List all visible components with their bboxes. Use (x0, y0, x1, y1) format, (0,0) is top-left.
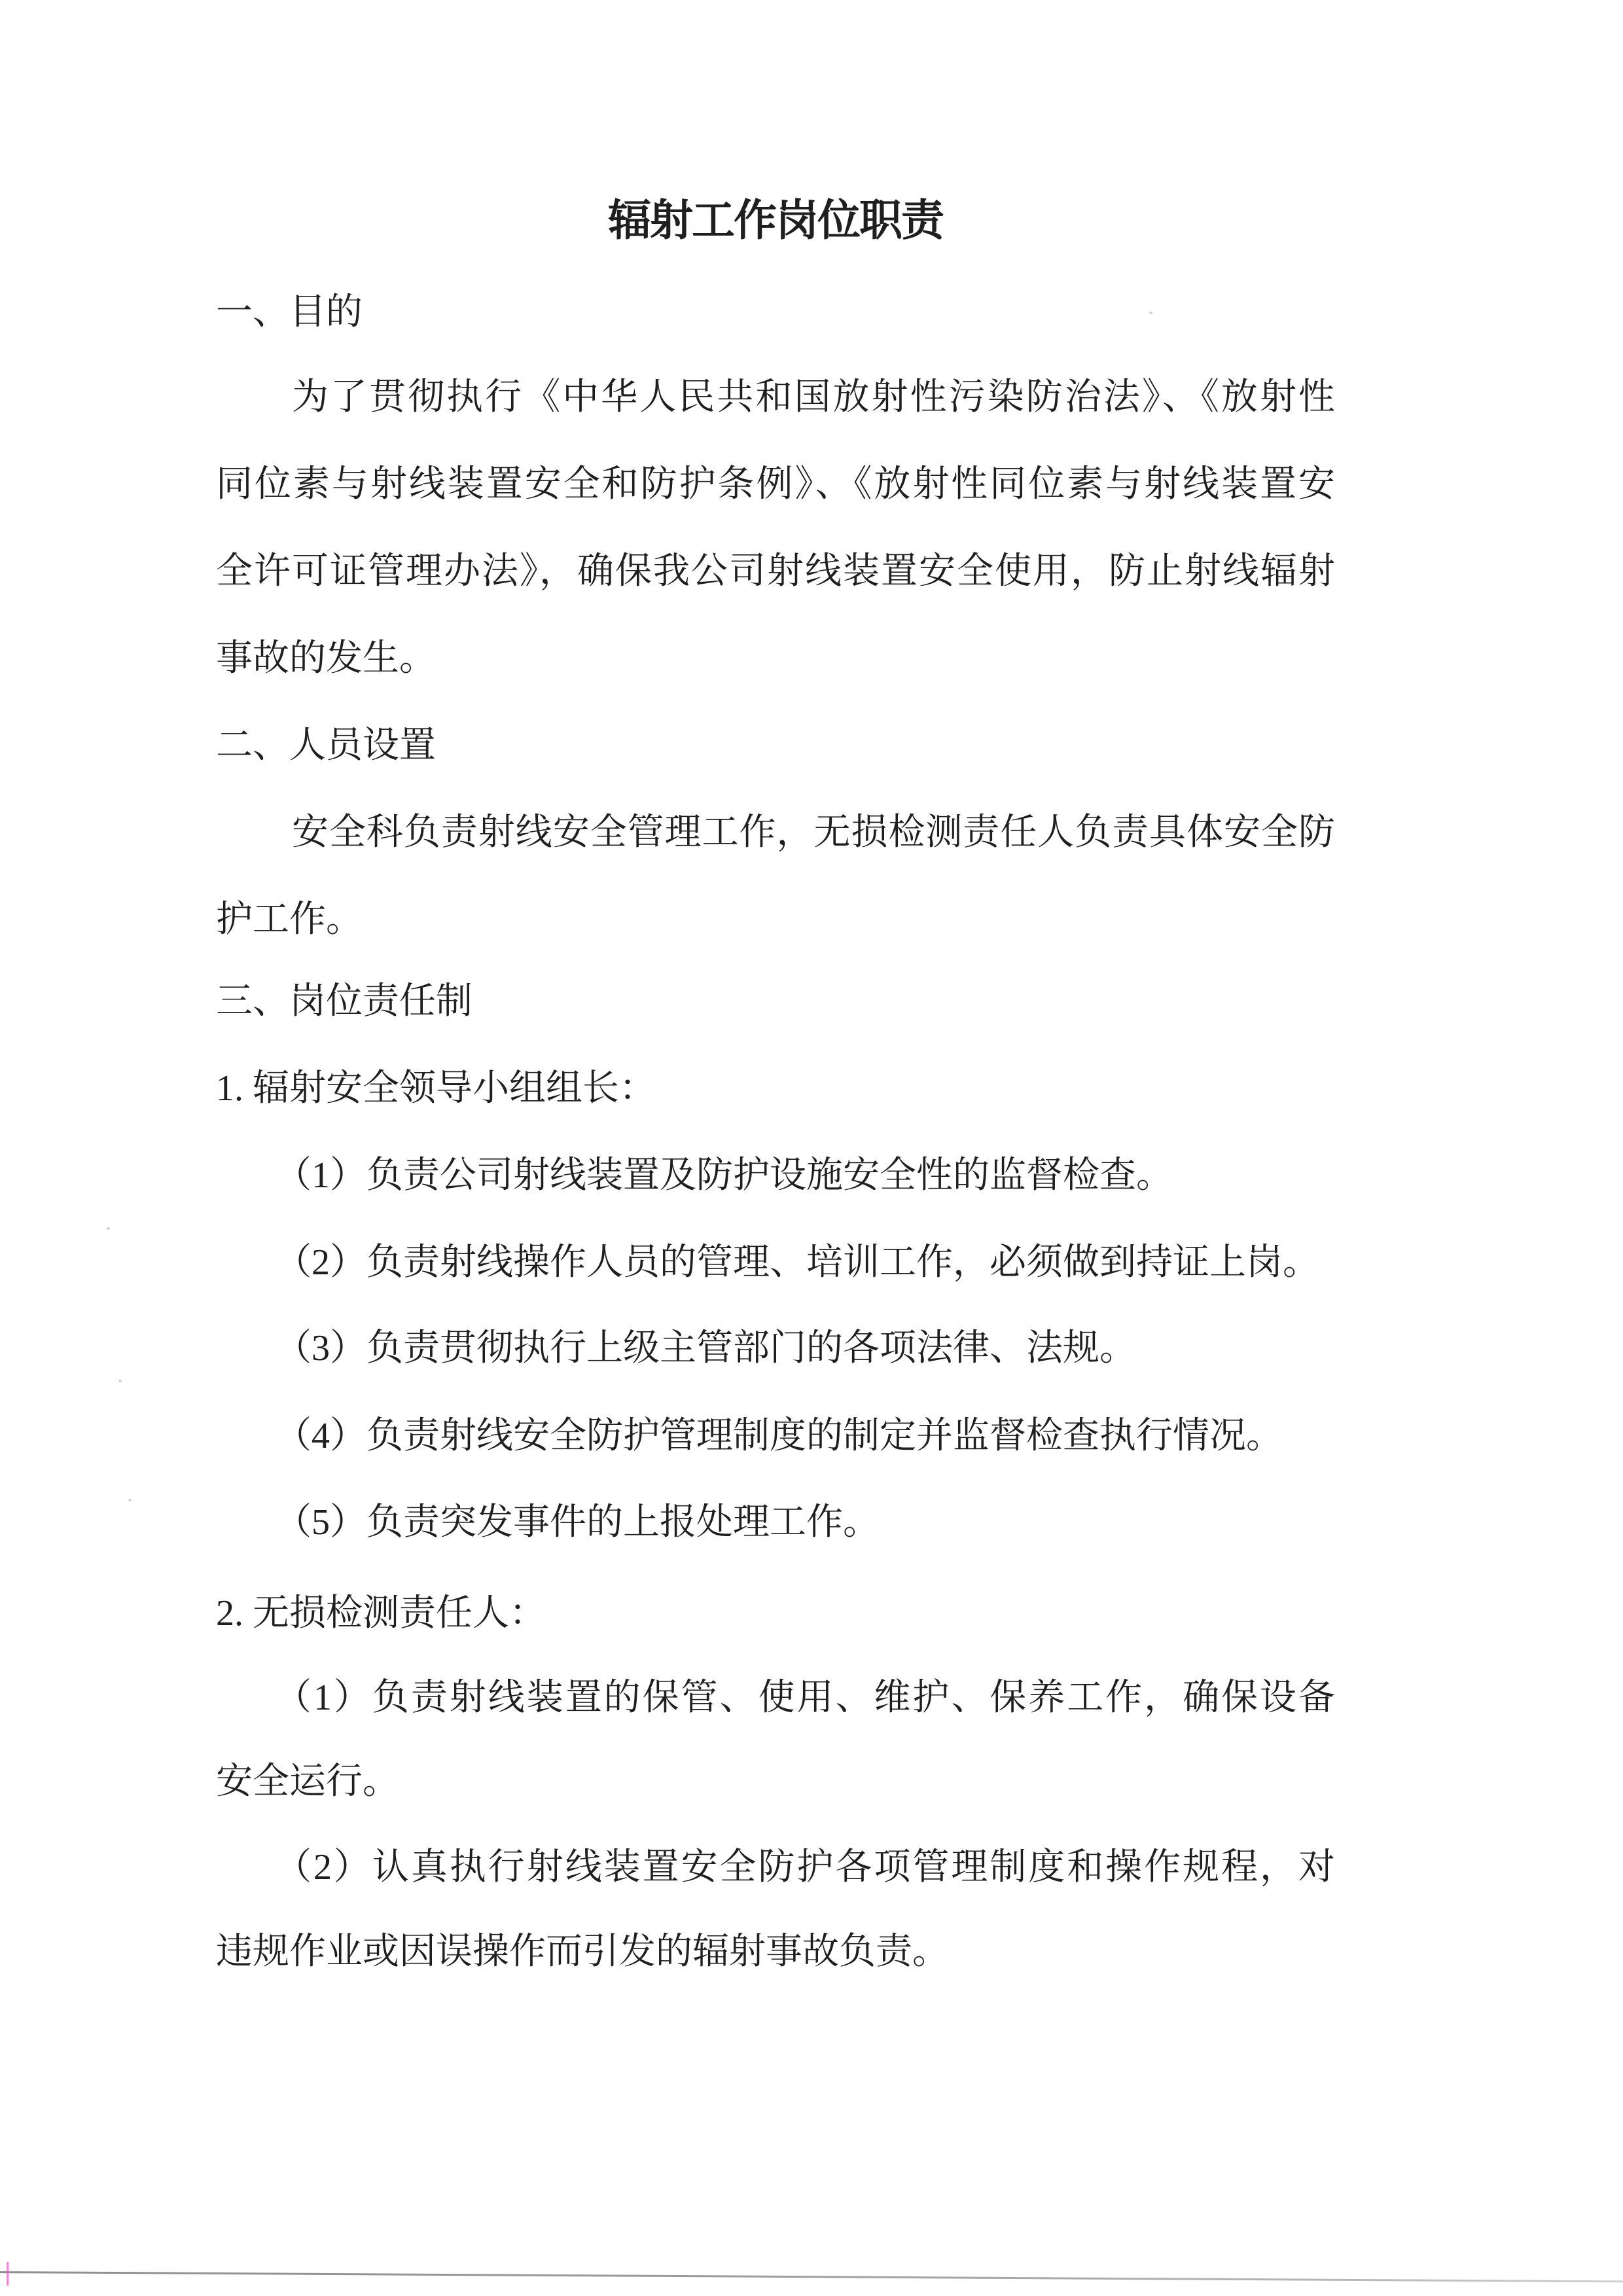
doc-line-heading-3: 三、岗位责任制 (216, 980, 1335, 1024)
doc-line: 为了贯彻执行《中华人民共和国放射性污染防治法》、《放射性 (216, 376, 1335, 420)
doc-line-item-2: 2. 无损检测责任人： (216, 1592, 1335, 1636)
scan-speck (107, 1227, 110, 1230)
doc-line: 全许可证管理办法》，确保我公司射线装置安全使用，防止射线辐射 (216, 550, 1335, 594)
doc-line-subitem: （2）负责射线操作人员的管理、培训工作，必须做到持证上岗。 (216, 1241, 1335, 1285)
doc-line-subitem: （3）负责贯彻执行上级主管部门的各项法律、法规。 (216, 1327, 1335, 1371)
doc-line: 安全科负责射线安全管理工作，无损检测责任人负责具体安全防 (216, 811, 1335, 855)
doc-line-heading-2: 二、人员设置 (216, 724, 1335, 768)
scan-speck (1149, 312, 1152, 314)
doc-line-subitem: （1）负责射线装置的保管、使用、维护、保养工作，确保设备 (216, 1676, 1335, 1720)
scan-artifact-pink-tick (7, 2262, 9, 2286)
doc-line-subitem: （4）负责射线安全防护管理制度的制定并监督检查执行情况。 (216, 1414, 1335, 1458)
doc-line-item-1: 1. 辐射安全领导小组组长： (216, 1067, 1335, 1111)
doc-line: 护工作。 (216, 898, 1335, 942)
page-title: 辐射工作岗位职责 (216, 196, 1335, 246)
doc-line-heading-1: 一、目的 (216, 291, 1335, 334)
doc-line: 安全运行。 (216, 1760, 1335, 1804)
scan-speck (128, 1499, 132, 1501)
doc-line: 违规作业或因误操作而引发的辐射事故负责。 (216, 1930, 1335, 1974)
doc-line: 同位素与射线装置安全和防护条例》、《放射性同位素与射线装置安 (216, 463, 1335, 507)
doc-line-subitem: （1）负责公司射线装置及防护设施安全性的监督检查。 (216, 1154, 1335, 1198)
doc-line-subitem: （2）认真执行射线装置安全防护各项管理制度和操作规程，对 (216, 1846, 1335, 1890)
doc-line: 事故的发生。 (216, 637, 1335, 681)
scan-speck (118, 1380, 122, 1382)
doc-line-subitem: （5）负责突发事件的上报处理工作。 (216, 1501, 1335, 1545)
scan-artifact-line (0, 2271, 1623, 2283)
document-page: 辐射工作岗位职责 一、目的 为了贯彻执行《中华人民共和国放射性污染防治法》、《放… (0, 0, 1623, 2296)
